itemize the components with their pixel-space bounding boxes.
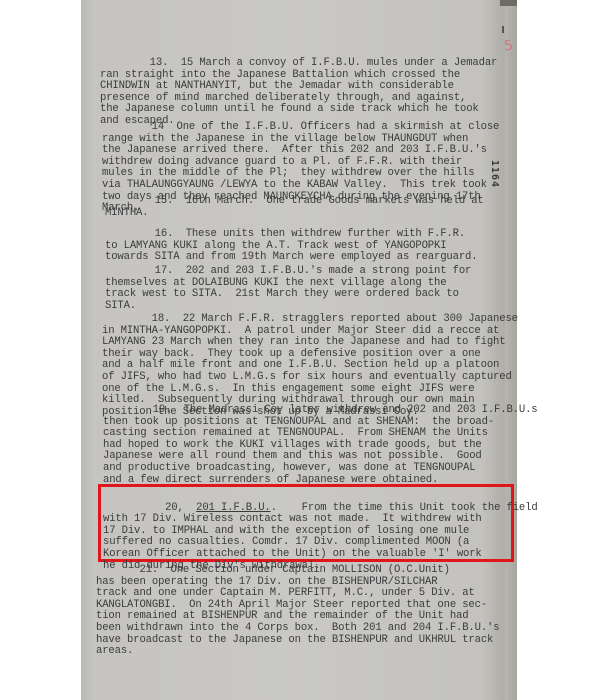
margin-red-page-number: 5 [503, 38, 513, 55]
margin-pencil-dash [502, 26, 504, 33]
text-line: 21. One Section under Captain MOLLISON (… [96, 565, 499, 577]
text-line: via THALAUNGGYAUNG /LEWYA to the KABAW V… [102, 180, 499, 192]
text-line: of JIFS, who had two L.M.G.s for six hou… [102, 372, 518, 384]
text-line: MINTHA. [105, 208, 484, 220]
paragraph-21: 21. One Section under Captain MOLLISON (… [96, 565, 499, 658]
paragraph-16: 16. These units then withdrew further wi… [105, 229, 477, 264]
paragraph-15: 15. 16th March. One trade Goods markets … [105, 196, 484, 219]
text-line: areas. [96, 646, 499, 658]
text-line: been withdrawn into the 4 Corps box. Bot… [96, 623, 499, 635]
paragraph-20-first-line: . From the time this Unit took the field [271, 502, 538, 514]
text-line: 17. 202 and 203 I.F.B.U.'s made a strong… [105, 266, 471, 278]
text-line: 16. These units then withdrew further wi… [105, 229, 477, 241]
paragraph-20-indent [115, 502, 165, 514]
text-line: 19. The Madrassi Coy later withdrew and … [103, 405, 538, 417]
paragraph-19: 19. The Madrassi Coy later withdrew and … [103, 405, 538, 486]
paragraph-20-number: 20, [165, 502, 184, 514]
text-line: track west to SITA. 21st March they were… [105, 289, 471, 301]
text-line: 14 One of the I.F.B.U. Officers had a sk… [102, 122, 499, 134]
paragraph-13: 13. 15 March a convoy of I.F.B.U. mules … [100, 58, 497, 128]
paragraph-18: 18. 22 March F.F.R. stragglers reported … [102, 314, 518, 418]
text-line: towards SITA and from 19th March were em… [105, 252, 477, 264]
text-line: 13. 15 March a convoy of I.F.B.U. mules … [100, 58, 497, 70]
paragraph-20-heading: 201 I.F.B.U. [196, 502, 271, 514]
text-line: Korean Officer attached to the Unit) on … [103, 549, 538, 561]
text-line: have broadcast to the Japanese on the BI… [96, 635, 499, 647]
text-line: 18. 22 March F.F.R. stragglers reported … [102, 314, 518, 326]
text-line: SITA. [105, 301, 471, 313]
text-line: and productive broadcasting, however, wa… [103, 463, 538, 475]
text-line: 15. 16th March. One trade Goods markets … [105, 196, 484, 208]
paragraph-17: 17. 202 and 203 I.F.B.U.'s made a strong… [105, 266, 471, 312]
page-corner-shadow [500, 0, 517, 6]
